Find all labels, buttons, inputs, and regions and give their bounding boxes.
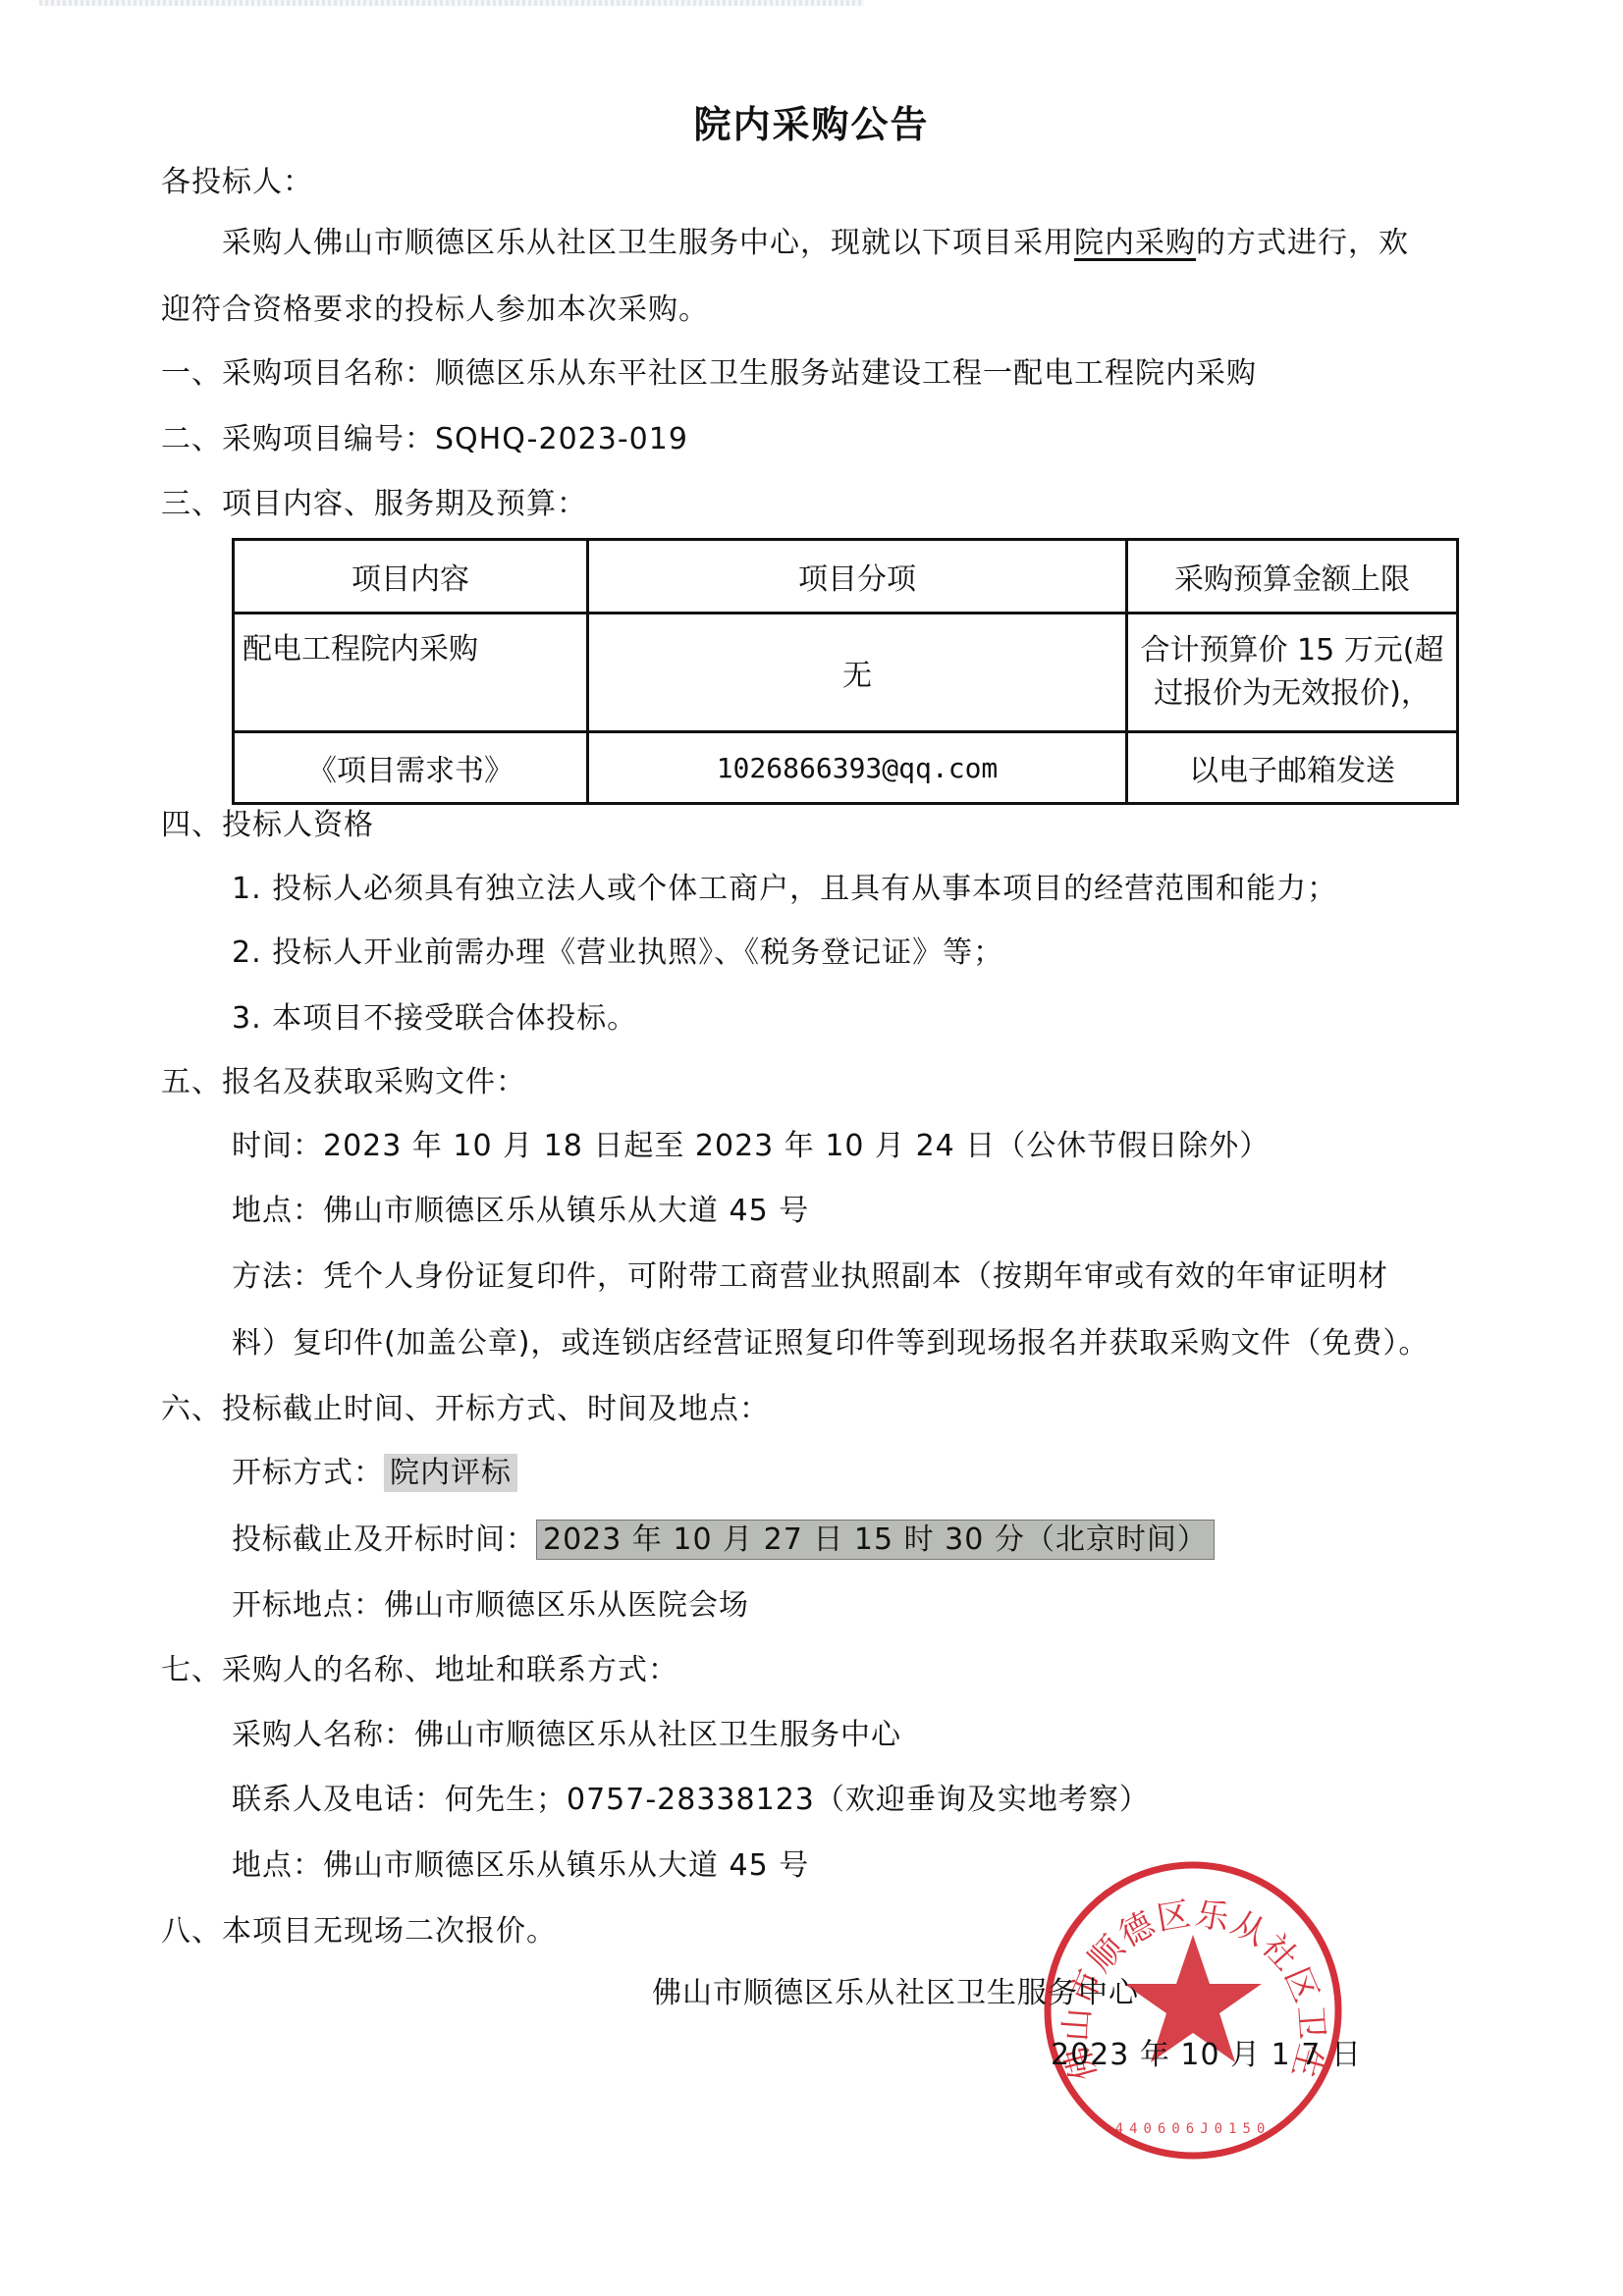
opening-method-label: 开标方式： bbox=[232, 1456, 384, 1490]
announcement-page: 院内采购公告 各投标人： 采购人佛山市顺德区乐从社区卫生服务中心，现就以下项目采… bbox=[0, 0, 1623, 2296]
section-8-heading: 八、本项目无现场二次报价。 bbox=[161, 1906, 557, 1949]
opening-method-value: 院内评标 bbox=[384, 1454, 517, 1492]
bid-deadline-label: 投标截止及开标时间： bbox=[232, 1522, 536, 1557]
bid-deadline-value: 2023 年 10 月 27 日 15 时 30 分（北京时间） bbox=[536, 1520, 1215, 1560]
page-title: 院内采购公告 bbox=[0, 94, 1623, 148]
procurement-method-underlined: 院内采购 bbox=[1074, 226, 1196, 260]
salutation: 各投标人： bbox=[161, 157, 313, 200]
purchaser-name: 采购人名称：佛山市顺德区乐从社区卫生服务中心 bbox=[232, 1710, 901, 1753]
section-6-heading: 六、投标截止时间、开标方式、时间及地点： bbox=[161, 1384, 770, 1427]
header-cell: 项目内容 bbox=[234, 540, 588, 614]
svg-text:440606J0150: 440606J0150 bbox=[1115, 2121, 1271, 2137]
opening-place: 开标地点：佛山市顺德区乐从医院会场 bbox=[232, 1580, 749, 1624]
intro-text-end: 的方式进行，欢 bbox=[1196, 226, 1409, 260]
qualification-item: 2. 投标人开业前需办理《营业执照》、《税务登记证》等； bbox=[232, 928, 1003, 971]
intro-text: 采购人佛山市顺德区乐从社区卫生服务中心，现就以下项目采用 bbox=[222, 226, 1074, 260]
table-row: 《项目需求书》 1026866393@qq.com 以电子邮箱发送 bbox=[234, 732, 1458, 804]
section-7-heading: 七、采购人的名称、地址和联系方式： bbox=[161, 1645, 678, 1688]
purchaser-address: 地点：佛山市顺德区乐从镇乐从大道 45 号 bbox=[232, 1841, 809, 1884]
intro-line-2: 迎符合资格要求的投标人参加本次采购。 bbox=[161, 285, 709, 328]
table-cell: 配电工程院内采购 bbox=[234, 614, 588, 732]
header-cell: 项目分项 bbox=[588, 540, 1127, 614]
table-header-row: 项目内容 项目分项 采购预算金额上限 bbox=[234, 540, 1458, 614]
bid-deadline: 投标截止及开标时间：2023 年 10 月 27 日 15 时 30 分（北京时… bbox=[232, 1515, 1215, 1558]
table-row: 配电工程院内采购 无 合计预算价 15 万元(超过报价为无效报价)， bbox=[234, 614, 1458, 732]
signature-date: 2023 年 10 月 1 7 日 bbox=[1051, 2030, 1362, 2073]
contact-phone: 联系人及电话：何先生；0757-28338123（欢迎垂询及实地考察） bbox=[232, 1775, 1150, 1818]
table-cell: 无 bbox=[588, 614, 1127, 732]
table-cell: 《项目需求书》 bbox=[234, 732, 588, 804]
opening-method: 开标方式：院内评标 bbox=[232, 1448, 517, 1491]
email-link[interactable]: 1026866393@qq.com bbox=[588, 732, 1127, 804]
qualification-item: 3. 本项目不接受联合体投标。 bbox=[232, 993, 637, 1037]
section-3-heading: 三、项目内容、服务期及预算： bbox=[161, 479, 587, 522]
registration-method-line-2: 料）复印件(加盖公章)，或连锁店经营证照复印件等到现场报名并获取采购文件（免费）… bbox=[232, 1318, 1429, 1362]
scan-artifact bbox=[39, 0, 864, 6]
header-cell: 采购预算金额上限 bbox=[1127, 540, 1458, 614]
qualification-item: 1. 投标人必须具有独立法人或个体工商户，且具有从事本项目的经营范围和能力； bbox=[232, 864, 1337, 907]
budget-table: 项目内容 项目分项 采购预算金额上限 配电工程院内采购 无 合计预算价 15 万… bbox=[232, 538, 1459, 805]
section-1-heading: 一、采购项目名称：顺德区乐从东平社区卫生服务站建设工程一配电工程院内采购 bbox=[161, 348, 1257, 392]
section-5-heading: 五、报名及获取采购文件： bbox=[161, 1057, 526, 1100]
registration-method-line-1: 方法：凭个人身份证复印件，可附带工商营业执照副本（按期年审或有效的年审证明材 bbox=[232, 1252, 1388, 1295]
signature-organization: 佛山市顺德区乐从社区卫生服务中心 bbox=[652, 1968, 1139, 2011]
section-2-heading: 二、采购项目编号：SQHQ-2023-019 bbox=[161, 414, 688, 457]
section-4-heading: 四、投标人资格 bbox=[161, 800, 374, 843]
intro-line-1: 采购人佛山市顺德区乐从社区卫生服务中心，现就以下项目采用院内采购的方式进行，欢 bbox=[222, 218, 1409, 261]
table-cell: 合计预算价 15 万元(超过报价为无效报价)， bbox=[1127, 614, 1458, 732]
table-cell: 以电子邮箱发送 bbox=[1127, 732, 1458, 804]
registration-time: 时间：2023 年 10 月 18 日起至 2023 年 10 月 24 日（公… bbox=[232, 1121, 1270, 1164]
registration-place: 地点：佛山市顺德区乐从镇乐从大道 45 号 bbox=[232, 1186, 809, 1229]
